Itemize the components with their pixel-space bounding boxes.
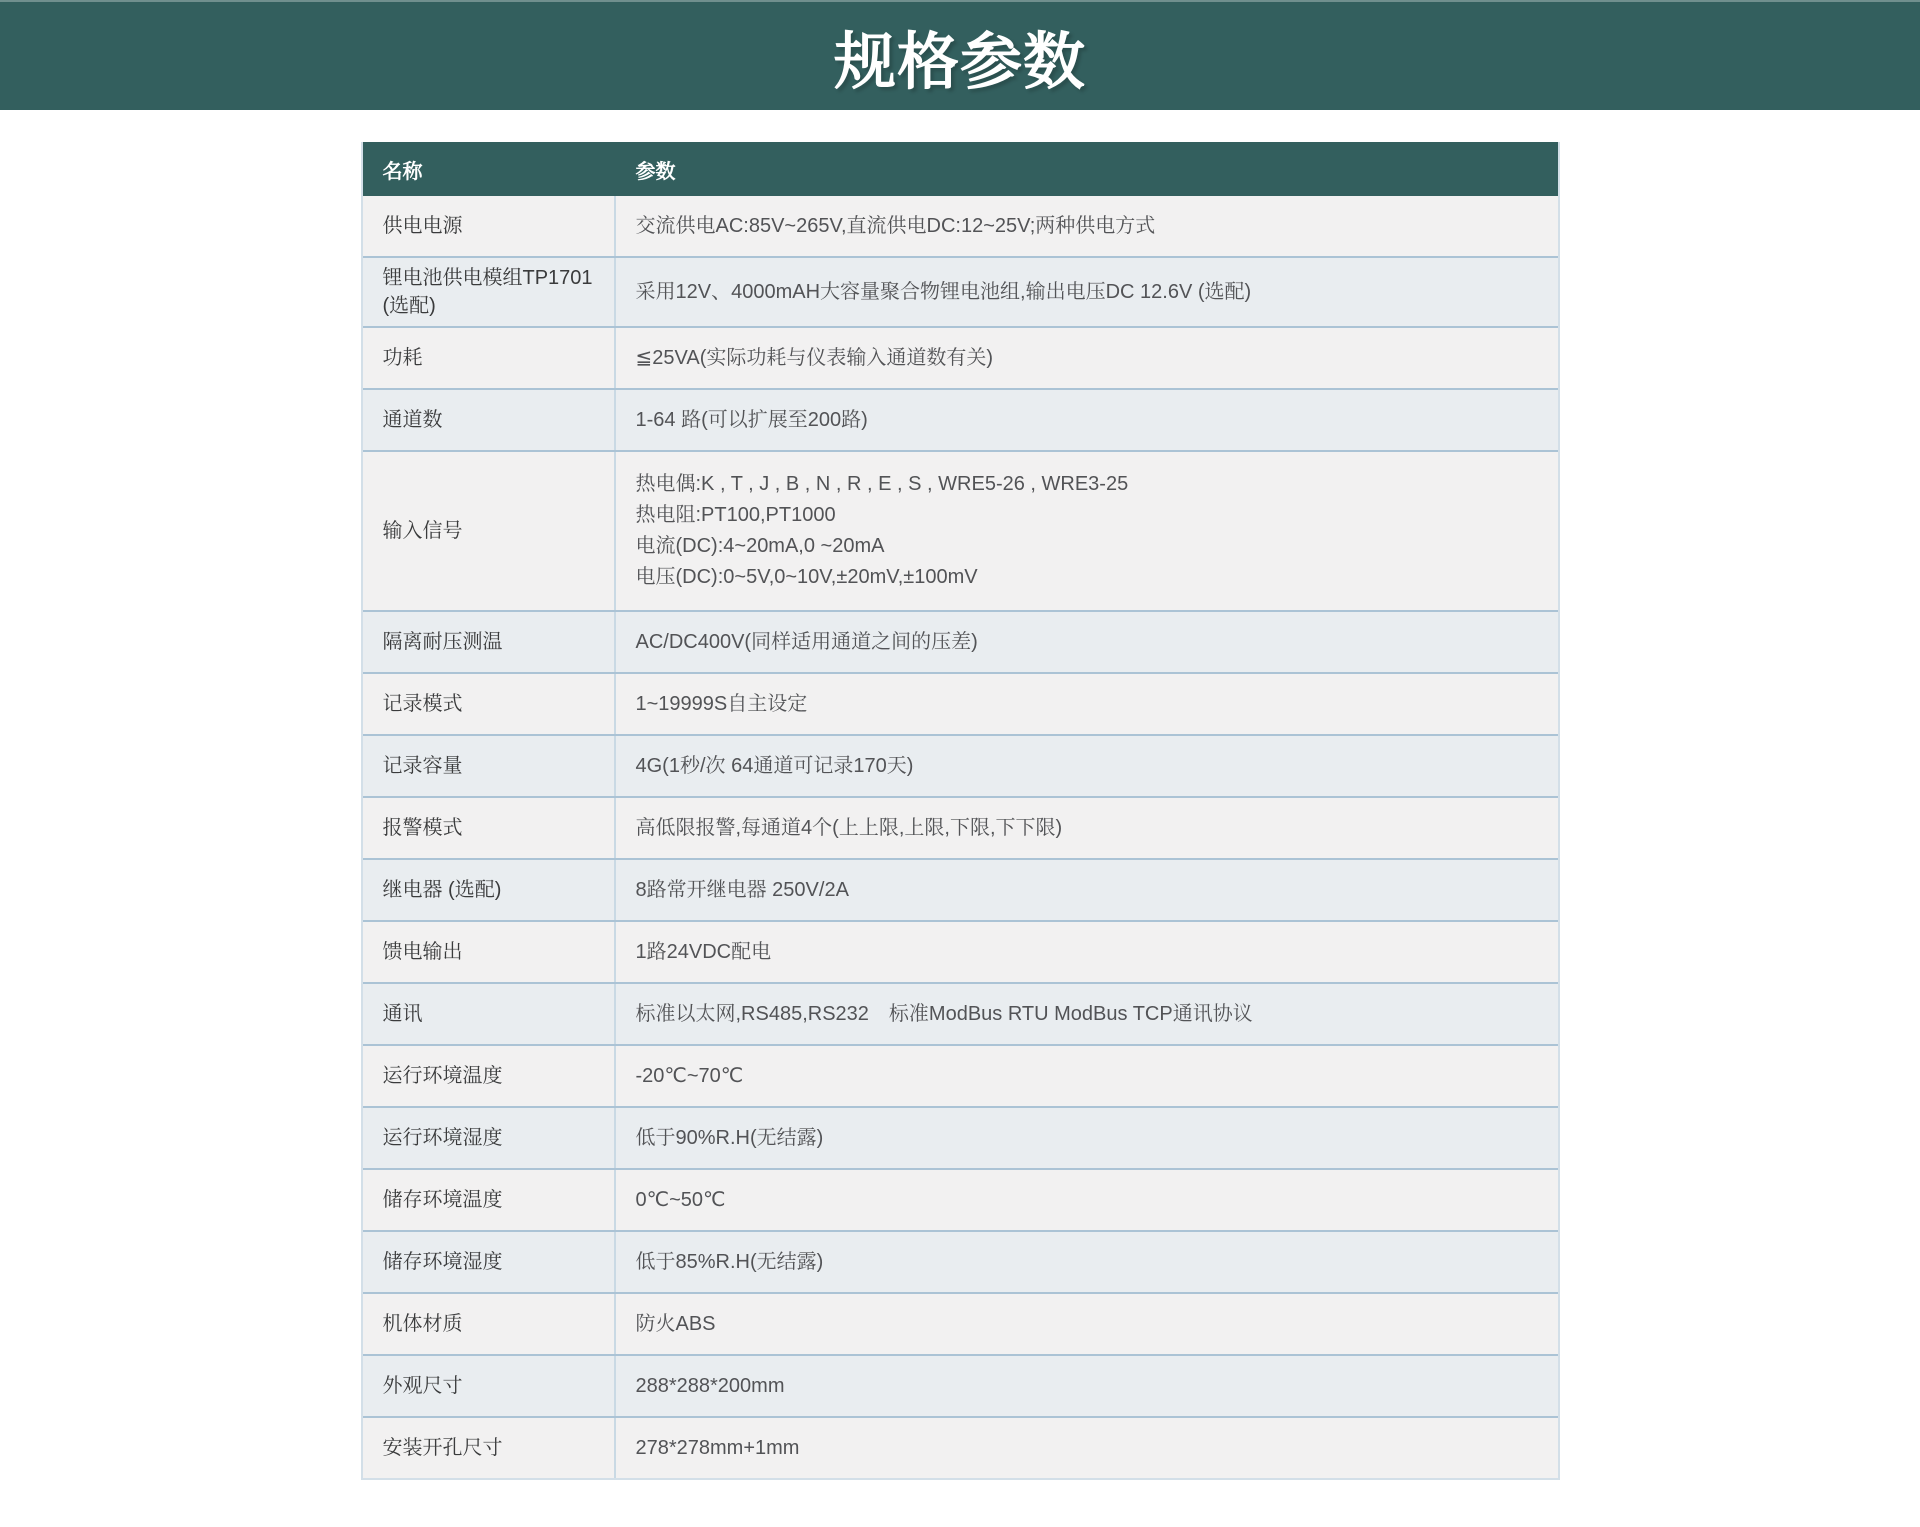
table-row: 功耗≦25VA(实际功耗与仪表输入通道数有关) — [363, 326, 1558, 388]
row-name-line: 记录模式 — [383, 690, 602, 718]
row-name-line: 储存环境温度 — [383, 1186, 602, 1214]
row-value: 热电偶:K , T , J , B , N , R , E , S , WRE5… — [616, 452, 1558, 610]
row-name: 通讯 — [363, 984, 616, 1044]
spec-table-header: 名称 参数 — [363, 142, 1558, 196]
row-value-line: 采用12V、4000mAH大容量聚合物锂电池组,输出电压DC 12.6V (选配… — [636, 277, 1546, 307]
row-value: 采用12V、4000mAH大容量聚合物锂电池组,输出电压DC 12.6V (选配… — [616, 258, 1558, 326]
row-value: ≦25VA(实际功耗与仪表输入通道数有关) — [616, 328, 1558, 388]
row-value-line: 8路常开继电器 250V/2A — [636, 875, 1546, 905]
table-row: 通讯标准以太网,RS485,RS232 标准ModBus RTU ModBus … — [363, 982, 1558, 1044]
row-value: -20℃~70℃ — [616, 1046, 1558, 1106]
row-value-line: AC/DC400V(同样适用通道之间的压差) — [636, 627, 1546, 657]
row-value: 交流供电AC:85V~265V,直流供电DC:12~25V;两种供电方式 — [616, 196, 1558, 256]
row-value: 1~19999S自主设定 — [616, 674, 1558, 734]
row-value-line: -20℃~70℃ — [636, 1061, 1546, 1091]
row-name: 通道数 — [363, 390, 616, 450]
row-name-line: 通道数 — [383, 406, 602, 434]
header-cell-name: 名称 — [363, 142, 616, 196]
row-name: 记录容量 — [363, 736, 616, 796]
row-value: 278*278mm+1mm — [616, 1418, 1558, 1478]
row-value-line: 防火ABS — [636, 1309, 1546, 1339]
row-name-line: 运行环境温度 — [383, 1062, 602, 1090]
spec-table-body: 供电电源交流供电AC:85V~265V,直流供电DC:12~25V;两种供电方式… — [363, 196, 1558, 1478]
row-name-line: 继电器 (选配) — [383, 876, 602, 904]
row-name-line: 锂电池供电模组TP1701 — [383, 264, 602, 292]
row-name: 记录模式 — [363, 674, 616, 734]
row-name-line: 外观尺寸 — [383, 1372, 602, 1400]
table-row: 机体材质防火ABS — [363, 1292, 1558, 1354]
row-value: 8路常开继电器 250V/2A — [616, 860, 1558, 920]
row-name-line: 安装开孔尺寸 — [383, 1434, 602, 1462]
row-name-line: 记录容量 — [383, 752, 602, 780]
row-name: 储存环境温度 — [363, 1170, 616, 1230]
row-value-line: 热电偶:K , T , J , B , N , R , E , S , WRE5… — [636, 469, 1546, 500]
row-value-line: 热电阻:PT100,PT1000 — [636, 500, 1546, 531]
row-value-line: 1路24VDC配电 — [636, 937, 1546, 967]
row-value-line: 1-64 路(可以扩展至200路) — [636, 405, 1546, 435]
table-row: 继电器 (选配)8路常开继电器 250V/2A — [363, 858, 1558, 920]
row-value: AC/DC400V(同样适用通道之间的压差) — [616, 612, 1558, 672]
row-value-line: 278*278mm+1mm — [636, 1433, 1546, 1463]
table-row: 记录容量4G(1秒/次 64通道可记录170天) — [363, 734, 1558, 796]
table-row: 运行环境湿度低于90%R.H(无结露) — [363, 1106, 1558, 1168]
table-row: 锂电池供电模组TP1701(选配)采用12V、4000mAH大容量聚合物锂电池组… — [363, 256, 1558, 326]
row-name: 输入信号 — [363, 452, 616, 610]
row-name-line: 机体材质 — [383, 1310, 602, 1338]
row-value: 防火ABS — [616, 1294, 1558, 1354]
table-row: 外观尺寸288*288*200mm — [363, 1354, 1558, 1416]
row-name: 供电电源 — [363, 196, 616, 256]
row-name-line: 馈电输出 — [383, 938, 602, 966]
row-name-line: 功耗 — [383, 344, 602, 372]
row-value-line: 标准以太网,RS485,RS232 标准ModBus RTU ModBus TC… — [636, 999, 1546, 1029]
row-name-line: 报警模式 — [383, 814, 602, 842]
table-row: 报警模式高低限报警,每通道4个(上上限,上限,下限,下下限) — [363, 796, 1558, 858]
row-value: 1-64 路(可以扩展至200路) — [616, 390, 1558, 450]
table-row: 运行环境温度-20℃~70℃ — [363, 1044, 1558, 1106]
row-value: 1路24VDC配电 — [616, 922, 1558, 982]
row-name: 安装开孔尺寸 — [363, 1418, 616, 1478]
row-name: 储存环境湿度 — [363, 1232, 616, 1292]
row-value: 标准以太网,RS485,RS232 标准ModBus RTU ModBus TC… — [616, 984, 1558, 1044]
row-value-line: 高低限报警,每通道4个(上上限,上限,下限,下下限) — [636, 813, 1546, 843]
table-row: 馈电输出1路24VDC配电 — [363, 920, 1558, 982]
header-cell-value: 参数 — [616, 142, 1558, 196]
table-row: 供电电源交流供电AC:85V~265V,直流供电DC:12~25V;两种供电方式 — [363, 196, 1558, 256]
row-value-line: 0℃~50℃ — [636, 1185, 1546, 1215]
table-row: 安装开孔尺寸278*278mm+1mm — [363, 1416, 1558, 1478]
row-value: 4G(1秒/次 64通道可记录170天) — [616, 736, 1558, 796]
row-value-line: 1~19999S自主设定 — [636, 689, 1546, 719]
row-name: 报警模式 — [363, 798, 616, 858]
page-title: 规格参数 — [834, 12, 1086, 101]
row-name: 机体材质 — [363, 1294, 616, 1354]
row-value-line: 4G(1秒/次 64通道可记录170天) — [636, 751, 1546, 781]
row-name-line: 供电电源 — [383, 212, 602, 240]
row-name: 继电器 (选配) — [363, 860, 616, 920]
table-row: 通道数1-64 路(可以扩展至200路) — [363, 388, 1558, 450]
row-name: 锂电池供电模组TP1701(选配) — [363, 258, 616, 326]
row-value: 0℃~50℃ — [616, 1170, 1558, 1230]
row-name: 馈电输出 — [363, 922, 616, 982]
row-name-line: 储存环境湿度 — [383, 1248, 602, 1276]
row-value: 低于85%R.H(无结露) — [616, 1232, 1558, 1292]
row-value-line: 低于85%R.H(无结露) — [636, 1247, 1546, 1277]
row-name: 功耗 — [363, 328, 616, 388]
row-value-line: 288*288*200mm — [636, 1371, 1546, 1401]
table-row: 记录模式1~19999S自主设定 — [363, 672, 1558, 734]
row-value-line: 电压(DC):0~5V,0~10V,±20mV,±100mV — [636, 562, 1546, 593]
page-banner: 规格参数 — [0, 0, 1920, 110]
row-name-line: 输入信号 — [383, 517, 602, 545]
table-row: 输入信号热电偶:K , T , J , B , N , R , E , S , … — [363, 450, 1558, 610]
row-name-line: 通讯 — [383, 1000, 602, 1028]
row-value-line: ≦25VA(实际功耗与仪表输入通道数有关) — [636, 343, 1546, 373]
row-value: 288*288*200mm — [616, 1356, 1558, 1416]
row-value-line: 低于90%R.H(无结露) — [636, 1123, 1546, 1153]
row-value: 高低限报警,每通道4个(上上限,上限,下限,下下限) — [616, 798, 1558, 858]
row-name-line: 运行环境湿度 — [383, 1124, 602, 1152]
row-name: 运行环境温度 — [363, 1046, 616, 1106]
row-name: 外观尺寸 — [363, 1356, 616, 1416]
table-row: 储存环境温度0℃~50℃ — [363, 1168, 1558, 1230]
row-value-line: 交流供电AC:85V~265V,直流供电DC:12~25V;两种供电方式 — [636, 211, 1546, 241]
table-row: 隔离耐压测温AC/DC400V(同样适用通道之间的压差) — [363, 610, 1558, 672]
row-name-line: 隔离耐压测温 — [383, 628, 602, 656]
row-value: 低于90%R.H(无结露) — [616, 1108, 1558, 1168]
spec-table: 名称 参数 供电电源交流供电AC:85V~265V,直流供电DC:12~25V;… — [361, 142, 1560, 1480]
row-name: 运行环境湿度 — [363, 1108, 616, 1168]
row-name: 隔离耐压测温 — [363, 612, 616, 672]
row-name-line: (选配) — [383, 292, 602, 320]
row-value-line: 电流(DC):4~20mA,0 ~20mA — [636, 531, 1546, 562]
table-row: 储存环境湿度低于85%R.H(无结露) — [363, 1230, 1558, 1292]
